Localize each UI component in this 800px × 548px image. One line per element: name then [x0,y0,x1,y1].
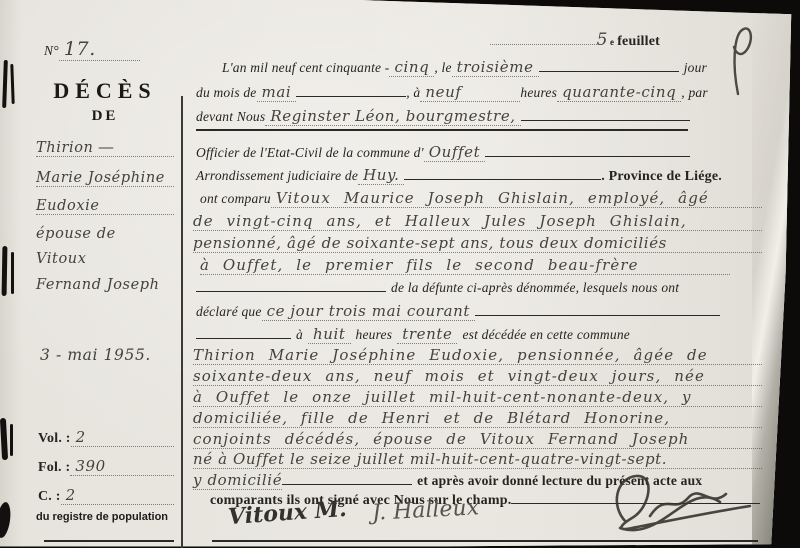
rule-fill [485,156,690,157]
printed-text: L'an mil neuf cent cinquante - [222,60,389,76]
main-bottom-rule [212,540,758,542]
hand-minutes: quarante-cinq [557,83,681,102]
hand-day: troisième [452,58,539,77]
deceased-name-line: épouse de [36,226,174,242]
deceased-name-line: Marie Joséphine [36,170,174,187]
c-value: 2 [61,486,174,505]
rule-fill [539,71,679,72]
de-label: DE [30,108,180,125]
hand-arrondissement: Huy. [358,166,404,185]
binding-stitch [11,252,14,294]
act-line-16: domiciliée, fille de Henri et de Blétard… [193,409,762,428]
printed-text: jour [679,60,712,76]
death-register-scan: N° 17. DÉCÈS DE Thirion ― Marie Joséphin… [0,0,800,548]
rule-fill [475,315,720,316]
rule-fill [296,96,406,97]
printed-text: heures [351,327,398,343]
act-line-5: Arrondissement judiciaire de Huy. . Prov… [196,166,722,185]
act-line-15: à Ouffet le onze juillet mil-huit-cent-n… [193,388,762,407]
hand-deceased-4: domiciliée, fille de Henri et de Blétard… [193,409,762,428]
folio-word: feuillet [617,34,660,50]
hand-deceased-7: y domicilié [193,471,282,490]
signature-officiant-flourish [592,462,772,544]
hand-deceased-5: conjoints décédés, épouse de Vitoux Fern… [193,430,762,449]
deceased-name-line: Fernand Joseph [36,277,174,293]
register-note-text: du registre de population [36,511,168,523]
printed-text: à [291,327,308,343]
folio-sup: e [608,37,617,47]
act-line-2: du mois de mai , à neuf heures quarante-… [196,83,737,102]
sidebar-bottom-rule [44,540,174,542]
hand-year: cinq [389,58,434,77]
binding-stitch [2,246,8,296]
hand-month: mai [257,83,297,102]
hand-declaration-day: ce jour trois mai courant [262,302,475,321]
printed-text: du mois de [196,85,257,101]
act-number-label: N° [44,43,59,59]
act-number: N° 17. [44,38,140,61]
act-line-6: ont comparu Vitoux Maurice Joseph Ghisla… [200,189,762,208]
rule-fill [521,120,690,121]
folio-number: 5 [597,30,608,50]
printed-text: déclaré que [196,304,262,320]
folio-row: Fol. : 390 [38,457,174,476]
hand-comparant-4: à Ouffet, le premier fils le second beau… [200,256,730,275]
folio-dots [490,44,597,45]
act-line-7: de vingt-cinq ans, et Halleux Jules Jose… [193,212,762,231]
death-date: 3 - mai 1955. [40,346,178,364]
rule-fill [196,338,291,339]
printed-text: devant Nous [196,109,265,125]
act-line-9: à Ouffet, le premier fils le second beau… [200,256,730,275]
deceased-name-line: Vitoux [36,251,174,267]
act-line-10: de la défunte ci-après dénommée, lesquel… [196,280,766,296]
hand-deceased-3: à Ouffet le onze juillet mil-huit-cent-n… [193,388,762,407]
binding-stitch [10,424,13,456]
act-line-1: L'an mil neuf cent cinquante - cinq , le… [196,58,712,77]
printed-text: , par [681,85,708,101]
register-note: du registre de population [36,511,178,523]
printed-text: , le [434,60,451,76]
act-line-12: à huit heures trente est décédée en cett… [196,325,720,344]
hand-hour: neuf [420,83,520,102]
deces-title: DÉCÈS [30,78,180,104]
volume-row: Vol. : 2 [38,428,174,447]
hand-deceased-2: soixante-deux ans, neuf mois et vingt-de… [193,367,762,386]
hand-comparant-2: de vingt-cinq ans, et Halleux Jules Jose… [193,212,762,231]
c-label: C. : [38,489,61,505]
volume-value: 2 [71,428,174,447]
volume-label: Vol. : [38,431,71,447]
hand-deceased-1: Thirion Marie Joséphine Eudoxie, pension… [193,346,762,365]
act-line-8: pensionné, âgé de soixante-sept ans, tou… [193,234,762,253]
act-line-3: devant Nous Reginster Léon, bourgmestre, [196,107,690,126]
printed-text: . Province de Liége. [601,169,722,185]
rule-fill [404,179,601,180]
hand-death-minutes: trente [397,325,457,344]
printed-text: Officier de l'Etat-Civil de la commune d… [196,145,424,161]
section-rule [196,129,688,131]
printed-text: de la défunte ci-après dénommée, lesquel… [386,280,684,296]
hand-commune: Ouffet [424,143,486,162]
hand-comparant-1: Vitoux Maurice Joseph Ghislain, employé,… [271,189,762,208]
act-line-17: conjoints décédés, épouse de Vitoux Fern… [193,430,762,449]
deceased-name-line: Thirion ― [36,140,174,157]
c-row: C. : 2 [38,486,174,505]
printed-text: heures [520,85,557,101]
hand-officiant: Reginster Léon, bourgmestre, [265,107,520,126]
act-number-value: 17. [59,38,140,61]
folio-header: 5 e feuillet [490,30,660,50]
rule-fill [282,484,412,485]
folio-value: 390 [70,457,174,476]
act-line-11: déclaré que ce jour trois mai courant [196,302,720,321]
folio-label: Fol. : [38,460,70,476]
hand-death-hour: huit [308,325,351,344]
act-line-4: Officier de l'Etat-Civil de la commune d… [196,143,690,162]
printed-text: est décédée en cette commune [457,327,635,343]
act-line-14: soixante-deux ans, neuf mois et vingt-de… [193,367,762,386]
printed-text: Arrondissement judiciaire de [196,168,358,184]
rule-fill [196,291,386,292]
printed-text: , à [406,85,420,101]
printed-text: ont comparu [200,191,271,207]
act-line-13: Thirion Marie Joséphine Eudoxie, pension… [193,346,762,365]
hand-comparant-3: pensionné, âgé de soixante-sept ans, tou… [193,234,762,253]
deceased-name-line: Eudoxie [36,198,174,215]
margin-divider-rule [181,96,183,548]
